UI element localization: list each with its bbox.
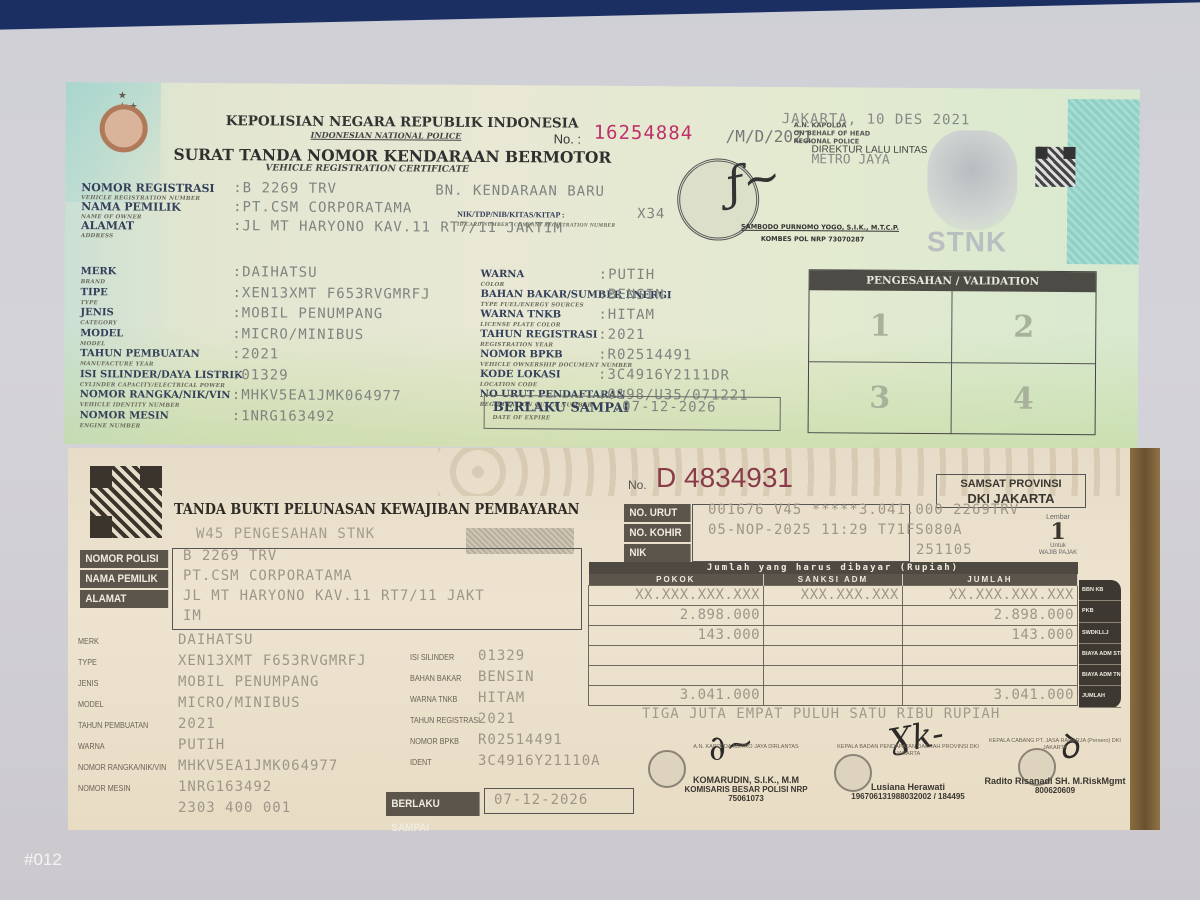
field-label: NOMOR MESINENGINE NUMBER (80, 410, 169, 433)
amount-jumlah (902, 665, 1077, 685)
validation-title: PENGESAHAN / VALIDATION (810, 270, 1096, 292)
field-label: NOMOR BPKB (410, 736, 459, 746)
signer-id: KOMBES POL NRP 73070287 (761, 235, 864, 244)
nomor-polisi-value: B 2269 TRV (183, 548, 277, 564)
col-pokok: POKOK (589, 574, 764, 585)
field-value: PUTIH (178, 737, 225, 753)
validation-cell-1: 1 (809, 290, 952, 362)
field-label: NOMOR RANGKA/NIK/VIN (78, 762, 166, 772)
agency-name: KEPOLISIAN NEGARA REPUBLIK INDONESIA (226, 113, 579, 131)
nama-pemilik-label: NAMA PEMILIK (80, 570, 168, 588)
row-tags: BBN KBPKBSWDKLLJBIAYA ADM STNKBIAYA ADM … (1079, 580, 1121, 708)
field-value: HITAM (478, 690, 525, 706)
field-label: WARNA TNKB (410, 694, 457, 704)
meta-extra: 251105 (916, 542, 973, 558)
amount-jumlah: 3.041.000 (902, 685, 1077, 705)
field-value: R02514491 (478, 732, 563, 748)
amount-pokok: XX.XXX.XXX.XXX (589, 585, 764, 605)
field-value: 3C4916Y21110A (478, 753, 601, 769)
validation-cell-3: 3 (809, 362, 952, 434)
receipt-subtitle: W45 PENGESAHAN STNK (196, 526, 375, 542)
amount-jumlah (902, 645, 1077, 665)
field-label: TAHUN REGISTRASI (410, 715, 480, 725)
field-value: :MICRO/MINIBUS (232, 326, 364, 343)
field-value: 01329 (478, 648, 525, 664)
amount-sanksi (764, 665, 903, 685)
field-label: ISI SILINDER/DAYA LISTRIKCYLINDER CAPACI… (80, 369, 243, 392)
row-tag: BBN KB (1079, 580, 1121, 601)
document-title-en: VEHICLE REGISTRATION CERTIFICATE (265, 163, 469, 174)
signatory-2: KEPALA BADAN PENDAPATAN DAERAH PROVINSI … (828, 744, 988, 801)
receipt-number: D 4834931 (656, 462, 793, 494)
field-label-text: WARNA (481, 269, 525, 280)
field-value: :PT.CSM CORPORATAMA (233, 199, 412, 216)
stnk-card: ★★★ KEPOLISIAN NEGARA REPUBLIK INDONESIA… (63, 82, 1140, 451)
expiry-date: 07-12-2026 (494, 792, 588, 808)
amount-row: 2.898.0002.898.000 (589, 605, 1078, 625)
amount-pokok (589, 645, 764, 665)
no-kohir-value: 05-NOP-2025 11:29 T71FS080A (708, 522, 963, 538)
field-value: :B 2269 TRV (233, 180, 337, 197)
authority-small: A.N. KAPOLDA ON BEHALF OF HEAD REGIONAL … (794, 121, 871, 146)
alamat-label: ALAMAT (80, 590, 168, 608)
amount-row (589, 645, 1078, 665)
vehicle-fields: MERKBRAND:DAIHATSUTIPETYPE:XEN13XMT F653… (66, 82, 1140, 89)
amount-row: 143.000143.000 (589, 625, 1078, 645)
owner-fields: NOMOR REGISTRASIVEHICLE REGISTRATION NUM… (66, 82, 1140, 89)
nik-label: NIK/TDP/NIB/KITAS/KITAP :ID CARD NUMBER … (457, 209, 616, 232)
field-value: :3C4916Y2111DR (598, 367, 730, 384)
registration-note: BN. KENDARAAN BARU (435, 183, 605, 200)
expiry-box: BERLAKU SAMPAIDATE OF EXPIRE :07-12-2026 (484, 395, 781, 431)
amount-jumlah: 2.898.000 (902, 605, 1077, 625)
field-label: TYPE (78, 657, 97, 667)
amount-jumlah: XX.XXX.XXX.XXX (902, 585, 1077, 605)
no-kohir-label: NO. KOHIR (624, 524, 691, 542)
field-value: MOBIL PENUMPANG (178, 674, 319, 690)
qr-code-icon (1035, 147, 1075, 187)
field-label-text: WARNA TNKB (480, 309, 561, 321)
director-title: DIREKTUR LALU LINTAS METRO JAYA (811, 145, 927, 166)
field-value: 2021 (178, 716, 216, 732)
field-value: DAIHATSU (178, 632, 253, 648)
amount-sanksi (764, 605, 903, 625)
field-value: 2021 (478, 711, 516, 727)
field-label-text: NOMOR MESIN (80, 410, 169, 422)
amount-sanksi (764, 625, 903, 645)
field-label: TAHUN PEMBUATANMANUFACTURE YEAR (80, 348, 200, 371)
field-value: 1NRG163492 (178, 779, 272, 795)
field-value: :01329 (232, 367, 289, 383)
alamat-value: JL MT HARYONO KAV.11 RT7/11 JAKT (183, 588, 485, 604)
amount-sanksi (764, 645, 903, 665)
no-urut-label: NO. URUT (624, 504, 691, 522)
signatory-1: A.N. KAPOLDA METRO JAYA DIRLANTAS KOMARU… (666, 744, 826, 803)
field-value: :1NRG163492 (232, 408, 336, 425)
signatory-3: KEPALA CABANG PT. JASA RAHARJA (Persero)… (980, 738, 1130, 795)
col-jumlah: JUMLAH (902, 574, 1077, 585)
field-value: :BENSIN (598, 287, 664, 303)
amount-in-words: TIGA JUTA EMPAT PULUH SATU RIBU RUPIAH (642, 706, 1000, 722)
tax-receipt-card: TANDA BUKTI PELUNASAN KEWAJIBAN PEMBAYAR… (68, 448, 1160, 830)
field-label: NOMOR RANGKA/NIK/VINVEHICLE IDENTITY NUM… (80, 389, 231, 412)
amount-pokok: 3.041.000 (589, 685, 764, 705)
amount-row: 3.041.0003.041.000 (589, 685, 1078, 705)
amount-jumlah: 143.000 (902, 625, 1077, 645)
validation-cell-4: 4 (952, 363, 1095, 435)
expiry-date: :07-12-2026 (613, 399, 717, 416)
field-value: :HITAM (598, 307, 655, 323)
expiry-label: BERLAKU SAMPAI (386, 792, 480, 816)
receipt-title: TANDA BUKTI PELUNASAN KEWAJIBAN PEMBAYAR… (174, 500, 579, 518)
field-label: JENIS (78, 678, 98, 688)
field-value: :MHKV5EA1JMK064977 (232, 387, 402, 404)
amount-pokok (589, 665, 764, 685)
amount-pokok: 2.898.000 (589, 605, 764, 625)
amount-sanksi: XXX.XXX.XXX (764, 585, 903, 605)
field-label: JENISCATEGORY (80, 307, 117, 329)
field-label: WARNACOLOR (481, 269, 525, 291)
field-label-text: MODEL (80, 328, 123, 339)
amount-caption: Jumlah yang harus dibayar (Rupiah) (589, 562, 1078, 574)
hologram-emblem-icon (927, 130, 1018, 231)
qr-code-icon (90, 466, 162, 538)
field-label: MERK (78, 636, 99, 646)
photo-label: #012 (24, 850, 62, 870)
number-label: No. : (554, 131, 582, 146)
nik-value: X34 (637, 206, 665, 222)
field-value: MHKV5EA1JMK064977 (178, 758, 338, 774)
field-label-text: TIPE (80, 287, 107, 298)
field-label-text: TAHUN PEMBUATAN (80, 348, 200, 360)
field-label-en: ADDRESS (81, 231, 134, 242)
col-sanksi: SANKSI ADM (764, 574, 903, 585)
field-label: ALAMATADDRESS (81, 220, 134, 242)
document-number: 16254884 (594, 122, 694, 145)
amount-pokok: 143.000 (589, 625, 764, 645)
field-value: :2021 (598, 327, 645, 343)
field-label: MERKBRAND (81, 266, 117, 288)
signer-name: SAMBODO PURNOMO YOGO, S.I.K., M.T.C.P. (741, 223, 899, 232)
validation-table: PENGESAHAN / VALIDATION 1 2 3 4 (808, 269, 1097, 435)
field-value: XEN13XMT F653RVGMRFJ (178, 653, 367, 669)
background-navy-band (0, 0, 1200, 30)
field-value: MICRO/MINIBUS (178, 695, 301, 711)
field-value: :2021 (232, 346, 279, 362)
amount-sanksi (764, 685, 903, 705)
row-tag: JUMLAH (1079, 686, 1121, 707)
field-label: IDENT (410, 757, 432, 767)
field-label: TAHUN PEMBUATAN (78, 720, 148, 730)
field-value: :MOBIL PENUMPANG (232, 305, 383, 322)
amount-table: Jumlah yang harus dibayar (Rupiah) POKOK… (588, 562, 1078, 706)
nomor-polisi-label: NOMOR POLISI (80, 550, 168, 568)
field-label-text: KODE LOKASI (480, 369, 561, 381)
field-label: ISI SILINDER (410, 652, 454, 662)
nama-pemilik-value: PT.CSM CORPORATAMA (183, 568, 353, 584)
amount-row (589, 665, 1078, 685)
extra-code: 2303 400 001 (178, 800, 291, 816)
agency-name-en: INDONESIAN NATIONAL POLICE (311, 130, 462, 141)
amount-row: XX.XXX.XXX.XXXXXX.XXX.XXXXX.XXX.XXX.XXX (589, 585, 1078, 605)
decorative-border (1130, 448, 1160, 830)
receipt-number-label: No. (628, 478, 647, 492)
vehicle-fields-right: WARNACOLOR:PUTIHBAHAN BAKAR/SUMBER ENERG… (66, 82, 1140, 89)
field-label-text: NOMOR BPKB (480, 349, 563, 361)
field-label: WARNA (78, 741, 105, 751)
field-label: NOMOR MESIN (78, 783, 131, 793)
signature-icon: ƒ~ (720, 148, 785, 212)
field-label-text: TAHUN REGISTRASI (480, 329, 597, 341)
alamat-value-cont: IM (183, 608, 202, 624)
nik-label: NIK (624, 544, 691, 562)
field-value: :DAIHATSU (233, 264, 318, 281)
field-label-en: ENGINE NUMBER (80, 421, 169, 433)
row-tag: BIAYA ADM TNKB (1079, 665, 1121, 686)
field-label-text: JENIS (80, 307, 113, 318)
field-value: :PUTIH (599, 267, 656, 283)
row-tag: PKB (1079, 601, 1121, 622)
row-tag: SWDKLLJ (1079, 623, 1121, 644)
copy-indicator: Lembar 1 Untuk WAJIB PAJAK (1028, 514, 1088, 557)
field-label-text: MERK (81, 266, 117, 277)
field-label: TIPETYPE (80, 287, 107, 309)
field-value: :XEN13XMT F653RVGMRFJ (232, 285, 430, 302)
field-label: MODELMODEL (80, 328, 123, 350)
no-urut-value: 001676 V45 *****3.041.000 2269TRV (708, 502, 1019, 518)
field-label: MODEL (78, 699, 104, 709)
row-tag: BIAYA ADM STNK (1079, 644, 1121, 665)
security-pattern (1067, 99, 1140, 264)
field-value: :R02514491 (598, 347, 692, 364)
field-label-text: ISI SILINDER/DAYA LISTRIK (80, 369, 243, 381)
police-emblem-icon (100, 104, 148, 152)
hologram-text: STNK (927, 226, 1007, 259)
field-value: BENSIN (478, 669, 535, 685)
validation-cell-2: 2 (952, 291, 1095, 363)
field-label: BAHAN BAKAR (410, 673, 461, 683)
